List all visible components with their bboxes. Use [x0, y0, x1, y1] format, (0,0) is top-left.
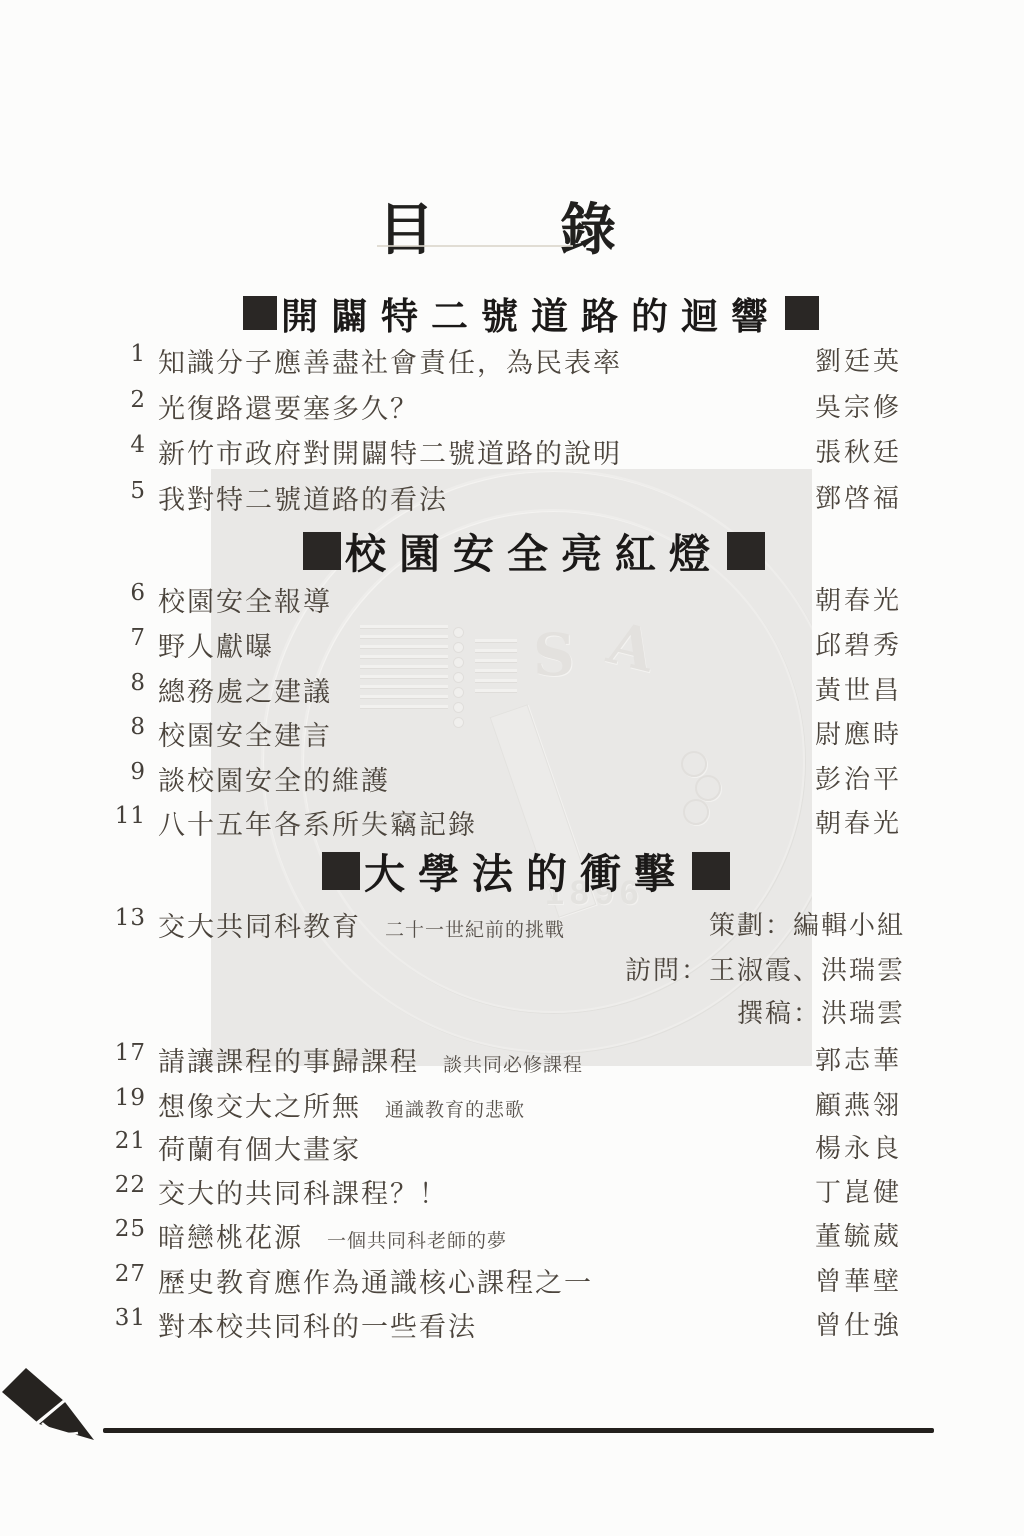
page-number: 2 — [100, 387, 146, 413]
article-title: 新竹市政府對開闢特二號道路的說明 — [158, 432, 622, 471]
black-square-icon — [785, 296, 819, 330]
page-number: 1 — [100, 341, 146, 367]
article-title: 對本校共同科的一些看法 — [158, 1305, 477, 1344]
toc-row: 19 想像交大之所無通識教育的悲歌 顧燕翎 — [0, 1085, 1024, 1123]
pen-nib-icon — [0, 1357, 100, 1447]
article-author: 楊永良 — [815, 1128, 902, 1165]
article-author: 曾華壁 — [815, 1261, 902, 1298]
page-title-left: 目 — [378, 186, 434, 266]
section-heading-text: 開闢特二號道路的迴響 — [277, 286, 785, 340]
article-author: 彭治平 — [815, 759, 902, 796]
black-square-icon — [303, 532, 341, 570]
page-number: 27 — [100, 1261, 146, 1287]
article-title: 荷蘭有個大畫家 — [158, 1128, 361, 1167]
toc-row: 5 我對特二號道路的看法 鄧啓福 — [0, 478, 1024, 516]
section-heading-campus-safety: 校園安全亮紅燈 — [303, 521, 765, 580]
page-number: 7 — [100, 625, 146, 651]
black-square-icon — [727, 532, 765, 570]
section-heading-text: 校園安全亮紅燈 — [341, 521, 727, 580]
article-title: 請讓課程的事歸課程談共同必修課程 — [158, 1040, 583, 1079]
article-author: 董毓葳 — [815, 1216, 902, 1253]
black-square-icon — [322, 852, 360, 890]
article-title: 總務處之建議 — [158, 670, 332, 709]
toc-row: 7 野人獻曝 邱碧秀 — [0, 625, 1024, 663]
article-author: 劉廷英 — [815, 341, 902, 378]
article-title-text: 想像交大之所無 — [158, 1092, 361, 1122]
article-subtitle: 談共同必修課程 — [443, 1055, 583, 1076]
article-title: 光復路還要塞多久？ — [158, 387, 419, 426]
page-number: 6 — [100, 580, 146, 606]
article-title: 我對特二號道路的看法 — [158, 478, 448, 517]
article-title: 想像交大之所無通識教育的悲歌 — [158, 1085, 525, 1124]
page-number: 31 — [100, 1305, 146, 1331]
article-author: 郭志華 — [815, 1040, 902, 1077]
toc-row: 8 校園安全建言 尉應時 — [0, 714, 1024, 752]
credit-writer: 撰稿：洪瑞雲 — [737, 993, 905, 1030]
article-title: 歷史教育應作為通識核心課程之一 — [158, 1261, 593, 1300]
scanned-toc-page: { "page": { "title_left": "目", "title_ri… — [0, 0, 1024, 1536]
article-author: 朝春光 — [815, 580, 902, 617]
section-heading-text: 大學法的衝擊 — [360, 841, 692, 900]
toc-row: 8 總務處之建議 黃世昌 — [0, 670, 1024, 708]
article-title: 暗戀桃花源一個共同科老師的夢 — [158, 1216, 507, 1255]
page-number: 8 — [100, 670, 146, 696]
page-number: 21 — [100, 1128, 146, 1154]
toc-row: 11 八十五年各系所失竊記錄 朝春光 — [0, 803, 1024, 841]
article-author: 黃世昌 — [815, 670, 902, 707]
article-title: 野人獻曝 — [158, 625, 274, 664]
page-number: 13 — [100, 905, 146, 931]
toc-row: 2 光復路還要塞多久？ 吳宗修 — [0, 387, 1024, 425]
section-heading-road: 開闢特二號道路的迴響 — [243, 286, 819, 340]
article-author: 丁崑健 — [815, 1172, 902, 1209]
page-number: 5 — [100, 478, 146, 504]
page-number: 19 — [100, 1085, 146, 1111]
article-author: 尉應時 — [815, 714, 902, 751]
toc-row: 9 談校園安全的維護 彭治平 — [0, 759, 1024, 797]
article-title-text: 請讓課程的事歸課程 — [158, 1047, 419, 1077]
article-author: 鄧啓福 — [815, 478, 902, 515]
toc-row: 6 校園安全報導 朝春光 — [0, 580, 1024, 618]
section-heading-university-law: 大學法的衝擊 — [322, 841, 730, 900]
toc-row: 4 新竹市政府對開闢特二號道路的說明 張秋廷 — [0, 432, 1024, 470]
page-number: 4 — [100, 432, 146, 458]
article-subtitle: 二十一世紀前的挑戰 — [385, 920, 565, 941]
page-number: 9 — [100, 759, 146, 785]
article-author: 朝春光 — [815, 803, 902, 840]
article-title-text: 暗戀桃花源 — [158, 1223, 303, 1253]
toc-row: 27 歷史教育應作為通識核心課程之一 曾華壁 — [0, 1261, 1024, 1299]
article-title: 校園安全建言 — [158, 714, 332, 753]
toc-row: 31 對本校共同科的一些看法 曾仕強 — [0, 1305, 1024, 1343]
black-square-icon — [243, 296, 277, 330]
toc-row: 1 知識分子應善盡社會責任，為民表率 劉廷英 — [0, 341, 1024, 379]
article-author: 邱碧秀 — [815, 625, 902, 662]
article-author: 張秋廷 — [815, 432, 902, 469]
article-author: 吳宗修 — [815, 387, 902, 424]
article-subtitle: 通識教育的悲歌 — [385, 1100, 525, 1121]
credit-interview: 訪問：王淑霞、洪瑞雲 — [625, 950, 905, 987]
article-author: 顧燕翎 — [815, 1085, 902, 1122]
article-title: 八十五年各系所失竊記錄 — [158, 803, 477, 842]
footer-rule — [103, 1428, 934, 1433]
title-underline — [377, 245, 573, 247]
toc-row: 21 荷蘭有個大畫家 楊永良 — [0, 1128, 1024, 1166]
toc-row: 25 暗戀桃花源一個共同科老師的夢 董毓葳 — [0, 1216, 1024, 1254]
credit-plan: 策劃：編輯小組 — [709, 905, 905, 942]
page-number: 22 — [100, 1172, 146, 1198]
article-title-text: 交大共同科教育 — [158, 912, 361, 942]
article-author: 曾仕強 — [815, 1305, 902, 1342]
article-subtitle: 一個共同科老師的夢 — [327, 1231, 507, 1252]
article-title: 知識分子應善盡社會責任，為民表率 — [158, 341, 622, 380]
page-title-right: 錄 — [560, 186, 616, 266]
article-title: 談校園安全的維護 — [158, 759, 390, 798]
black-square-icon — [692, 852, 730, 890]
article-title: 交大的共同科課程？！ — [158, 1172, 448, 1211]
article-title: 交大共同科教育二十一世紀前的挑戰 — [158, 905, 565, 944]
toc-row: 17 請讓課程的事歸課程談共同必修課程 郭志華 — [0, 1040, 1024, 1078]
page-number: 8 — [100, 714, 146, 740]
article-title: 校園安全報導 — [158, 580, 332, 619]
page-number: 25 — [100, 1216, 146, 1242]
page-number: 17 — [100, 1040, 146, 1066]
page-number: 11 — [100, 803, 146, 829]
toc-row: 22 交大的共同科課程？！ 丁崑健 — [0, 1172, 1024, 1210]
